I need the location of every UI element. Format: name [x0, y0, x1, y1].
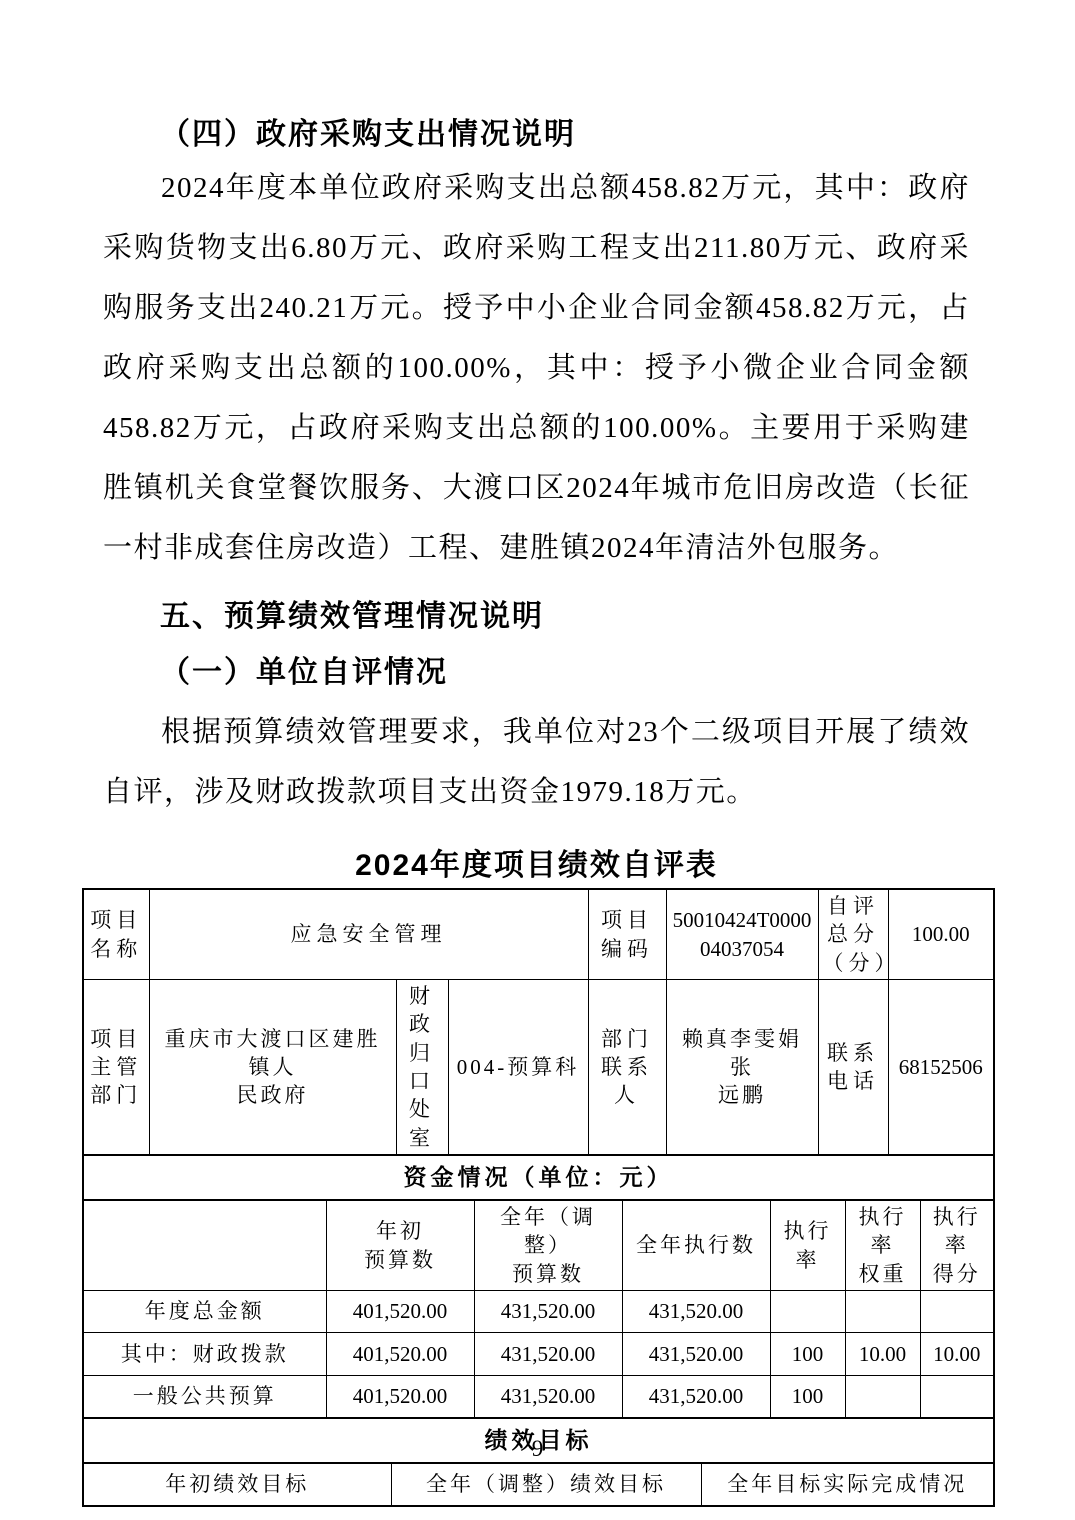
- funds-row-label-cell: 年度总金额: [83, 1291, 326, 1333]
- funds-header-blank-cell: [83, 1200, 326, 1291]
- funds-row-label-cell: 一般公共预算: [83, 1376, 326, 1418]
- table-row: 资金情况（单位：元）: [83, 1155, 994, 1200]
- table-row: 年初 预算数 全年（调整） 预算数 全年执行数 执行率 执行率 权重 执行率 得…: [83, 1200, 994, 1291]
- funds-header-initial-cell: 年初 预算数: [326, 1200, 474, 1291]
- document-page: （四）政府采购支出情况说明 2024年度本单位政府采购支出总额458.82万元，…: [0, 0, 1075, 1520]
- goals-header-adjusted-cell: 全年（调整）绩效目标: [391, 1463, 701, 1506]
- section5-paragraph: 根据预算绩效管理要求，我单位对23个二级项目开展了绩效自评，涉及财政拨款项目支出…: [103, 702, 970, 822]
- table-row: 年初绩效目标 全年（调整）绩效目标 全年目标实际完成情况: [83, 1463, 994, 1506]
- phone-label-cell: 联系 电话: [818, 980, 888, 1156]
- funds-row-rate-score-cell: 10.00: [920, 1333, 994, 1376]
- funds-section-title-cell: 资金情况（单位：元）: [83, 1155, 994, 1200]
- finance-office-value-cell: 004-预算科: [448, 980, 588, 1156]
- funds-row-adjusted-cell: 431,520.00: [474, 1333, 622, 1376]
- funds-header-rate-cell: 执行率: [770, 1200, 845, 1291]
- finance-office-label-cell: 财政 归口 处室: [396, 980, 448, 1156]
- funds-row-rate-score-cell: [920, 1291, 994, 1333]
- funds-row-rate-weight-cell: 10.00: [845, 1333, 920, 1376]
- table-row: 项目 主管 部门 重庆市大渡口区建胜镇人 民政府 财政 归口 处室 004-预算…: [83, 980, 994, 1156]
- goals-header-initial-cell: 年初绩效目标: [83, 1463, 391, 1506]
- funds-header-rate-weight-cell: 执行率 权重: [845, 1200, 920, 1291]
- section4-paragraph: 2024年度本单位政府采购支出总额458.82万元，其中：政府采购货物支出6.8…: [103, 158, 970, 578]
- table-row: 项目 名称 应急安全管理 项目 编码 50010424T0000 0403705…: [83, 889, 994, 980]
- self-score-label-cell: 自评 总分 （分）: [818, 889, 888, 980]
- table-row: 其中：财政拨款 401,520.00 431,520.00 431,520.00…: [83, 1333, 994, 1376]
- project-code-value-cell: 50010424T0000 04037054: [666, 889, 818, 980]
- funds-row-rate-weight-cell: [845, 1376, 920, 1418]
- funds-row-initial-cell: 401,520.00: [326, 1291, 474, 1333]
- table-row: 一般公共预算 401,520.00 431,520.00 431,520.00 …: [83, 1376, 994, 1418]
- project-name-value-cell: 应急安全管理: [149, 889, 588, 980]
- funds-row-rate-cell: 100: [770, 1333, 845, 1376]
- funds-row-adjusted-cell: 431,520.00: [474, 1291, 622, 1333]
- funds-row-executed-cell: 431,520.00: [622, 1291, 770, 1333]
- eval-table: 项目 名称 应急安全管理 项目 编码 50010424T0000 0403705…: [82, 888, 993, 1507]
- funds-row-adjusted-cell: 431,520.00: [474, 1376, 622, 1418]
- section5-heading: 五、预算绩效管理情况说明: [103, 594, 970, 640]
- funds-row-rate-score-cell: [920, 1376, 994, 1418]
- funds-header-adjusted-cell: 全年（调整） 预算数: [474, 1200, 622, 1291]
- phone-value-cell: 68152506: [888, 980, 994, 1156]
- eval-table-funds-section: 资金情况（单位：元） 年初 预算数 全年（调整） 预算数 全年执行数 执行率 执…: [82, 1154, 995, 1419]
- section5-sub-heading: （一）单位自评情况: [103, 650, 970, 696]
- funds-row-rate-weight-cell: [845, 1291, 920, 1333]
- funds-row-executed-cell: 431,520.00: [622, 1376, 770, 1418]
- funds-header-rate-score-cell: 执行率 得分: [920, 1200, 994, 1291]
- section4-heading: （四）政府采购支出情况说明: [103, 112, 970, 158]
- funds-row-label-cell: 其中：财政拨款: [83, 1333, 326, 1376]
- funds-row-initial-cell: 401,520.00: [326, 1376, 474, 1418]
- funds-row-executed-cell: 431,520.00: [622, 1333, 770, 1376]
- eval-table-info-section: 项目 名称 应急安全管理 项目 编码 50010424T0000 0403705…: [82, 888, 995, 1156]
- table-row: 年度总金额 401,520.00 431,520.00 431,520.00: [83, 1291, 994, 1333]
- dept-value-cell: 重庆市大渡口区建胜镇人 民政府: [149, 980, 396, 1156]
- project-name-label-cell: 项目 名称: [83, 889, 149, 980]
- funds-row-rate-cell: 100: [770, 1376, 845, 1418]
- contact-value-cell: 赖真李雯娟张 远鹏: [666, 980, 818, 1156]
- project-code-label-cell: 项目 编码: [588, 889, 666, 980]
- dept-label-cell: 项目 主管 部门: [83, 980, 149, 1156]
- page-number: 9: [0, 1436, 1075, 1462]
- funds-row-rate-cell: [770, 1291, 845, 1333]
- contact-label-cell: 部门 联系人: [588, 980, 666, 1156]
- eval-table-title: 2024年度项目绩效自评表: [103, 840, 970, 884]
- goals-header-actual-cell: 全年目标实际完成情况: [701, 1463, 994, 1506]
- self-score-value-cell: 100.00: [888, 889, 994, 980]
- funds-header-executed-cell: 全年执行数: [622, 1200, 770, 1291]
- funds-row-initial-cell: 401,520.00: [326, 1333, 474, 1376]
